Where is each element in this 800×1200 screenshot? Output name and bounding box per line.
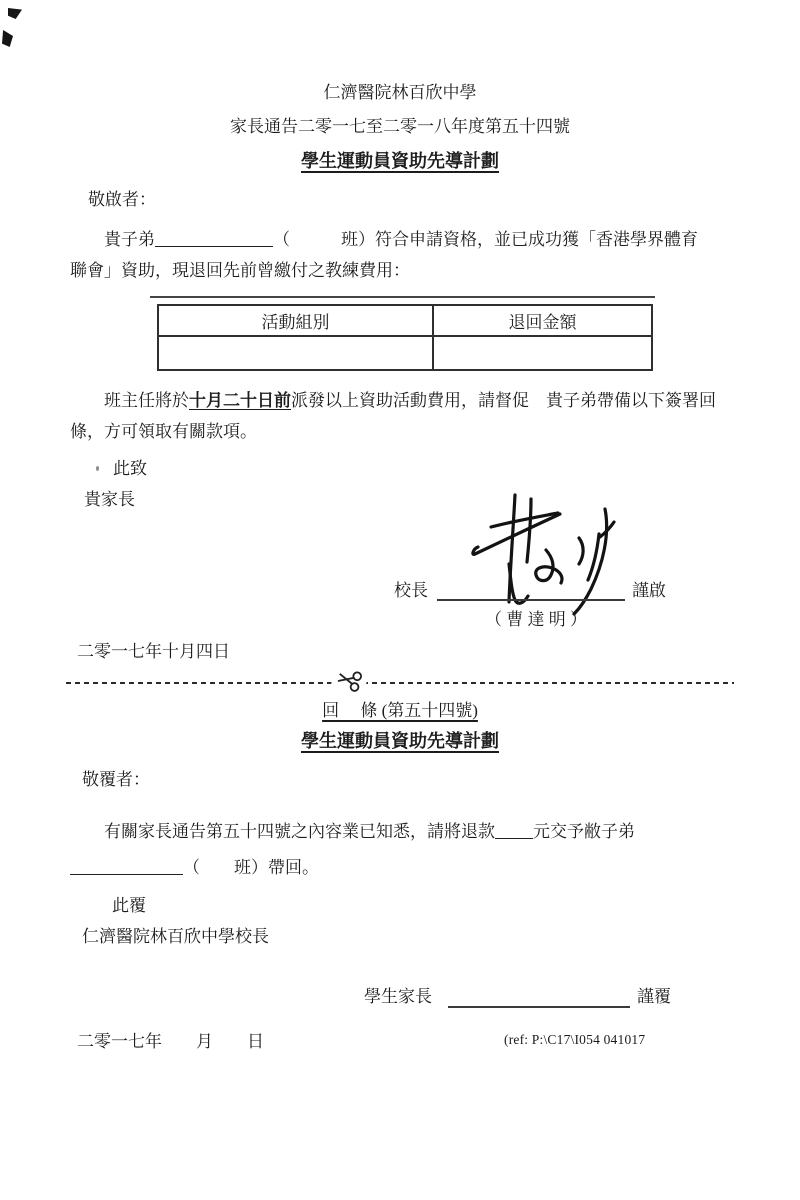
notice-number: 家長通告二零一七至二零一八年度第五十四號 [0,115,800,139]
scissors-icon [329,664,369,700]
student-name-blank [155,231,273,247]
ink-speck [96,466,99,471]
this-to: 此致 [113,457,147,481]
signer-suffix: 謹啟 [632,579,666,603]
scan-artifact [8,8,22,19]
school-name: 仁濟醫院林百欣中學 [0,81,800,105]
parent-label: 學生家長 [364,985,432,1009]
reply-student-name-blank [70,859,183,875]
salutation: 敬啟者： [88,188,156,212]
this-reply: 此覆 [112,894,146,918]
distribution-paragraph: 班主任將於十月二十日前派發以上資助活動費用，請督促 貴子弟帶備以下簽署回條，方可… [70,385,726,447]
reference-code: (ref: P:\C17\I054 041017 [504,1032,645,1048]
reply-acknowledgement-line1: 有關家長通告第五十四號之內容業已知悉，請將退款元交予敝子弟 [70,816,750,847]
reply-principal: 仁濟醫院林百欣中學校長 [82,925,269,949]
parent-suffix: 謹覆 [637,985,671,1009]
recipient: 貴家長 [84,488,135,512]
parent-sign-line [448,1006,630,1008]
scanned-notice-page: 仁濟醫院林百欣中學 家長通告二零一七至二零一八年度第五十四號 學生運動員資助先導… [0,0,800,1200]
notice-date: 二零一七年十月四日 [77,640,230,664]
reply-salutation: 敬覆者： [82,768,150,792]
student-eligibility-paragraph: 貴子弟（ 班）符合申請資格，並已成功獲「香港學界體育聯會」資助，現退回先前曾繳付… [70,224,710,286]
refund-amount-blank [495,823,533,839]
principal-sign-line [437,599,625,601]
table-header-amount: 退回金額 [433,305,652,336]
table-header-activity: 活動組別 [158,305,433,336]
reply-slip-title: 回 條 (第五十四號) [0,699,800,723]
cut-dashed-line [66,682,734,684]
reply-date: 二零一七年 月 日 [77,1030,264,1054]
signer-label: 校長 [394,579,428,603]
scan-artifact [2,30,13,47]
reply-slip-subtitle: 學生運動員資助先導計劃 [0,729,800,753]
deadline-emphasis: 十月二十日前 [189,391,291,410]
table-cell-amount [433,336,652,370]
notice-title: 學生運動員資助先導計劃 [0,149,800,173]
table-top-scanline [150,296,655,298]
table-cell-activity [158,336,433,370]
refund-table: 活動組別 退回金額 [157,304,653,371]
signer-name: （ 曹 達 明 ） [470,608,602,632]
reply-acknowledgement-line2: （ 班）帶回。 [70,856,319,880]
